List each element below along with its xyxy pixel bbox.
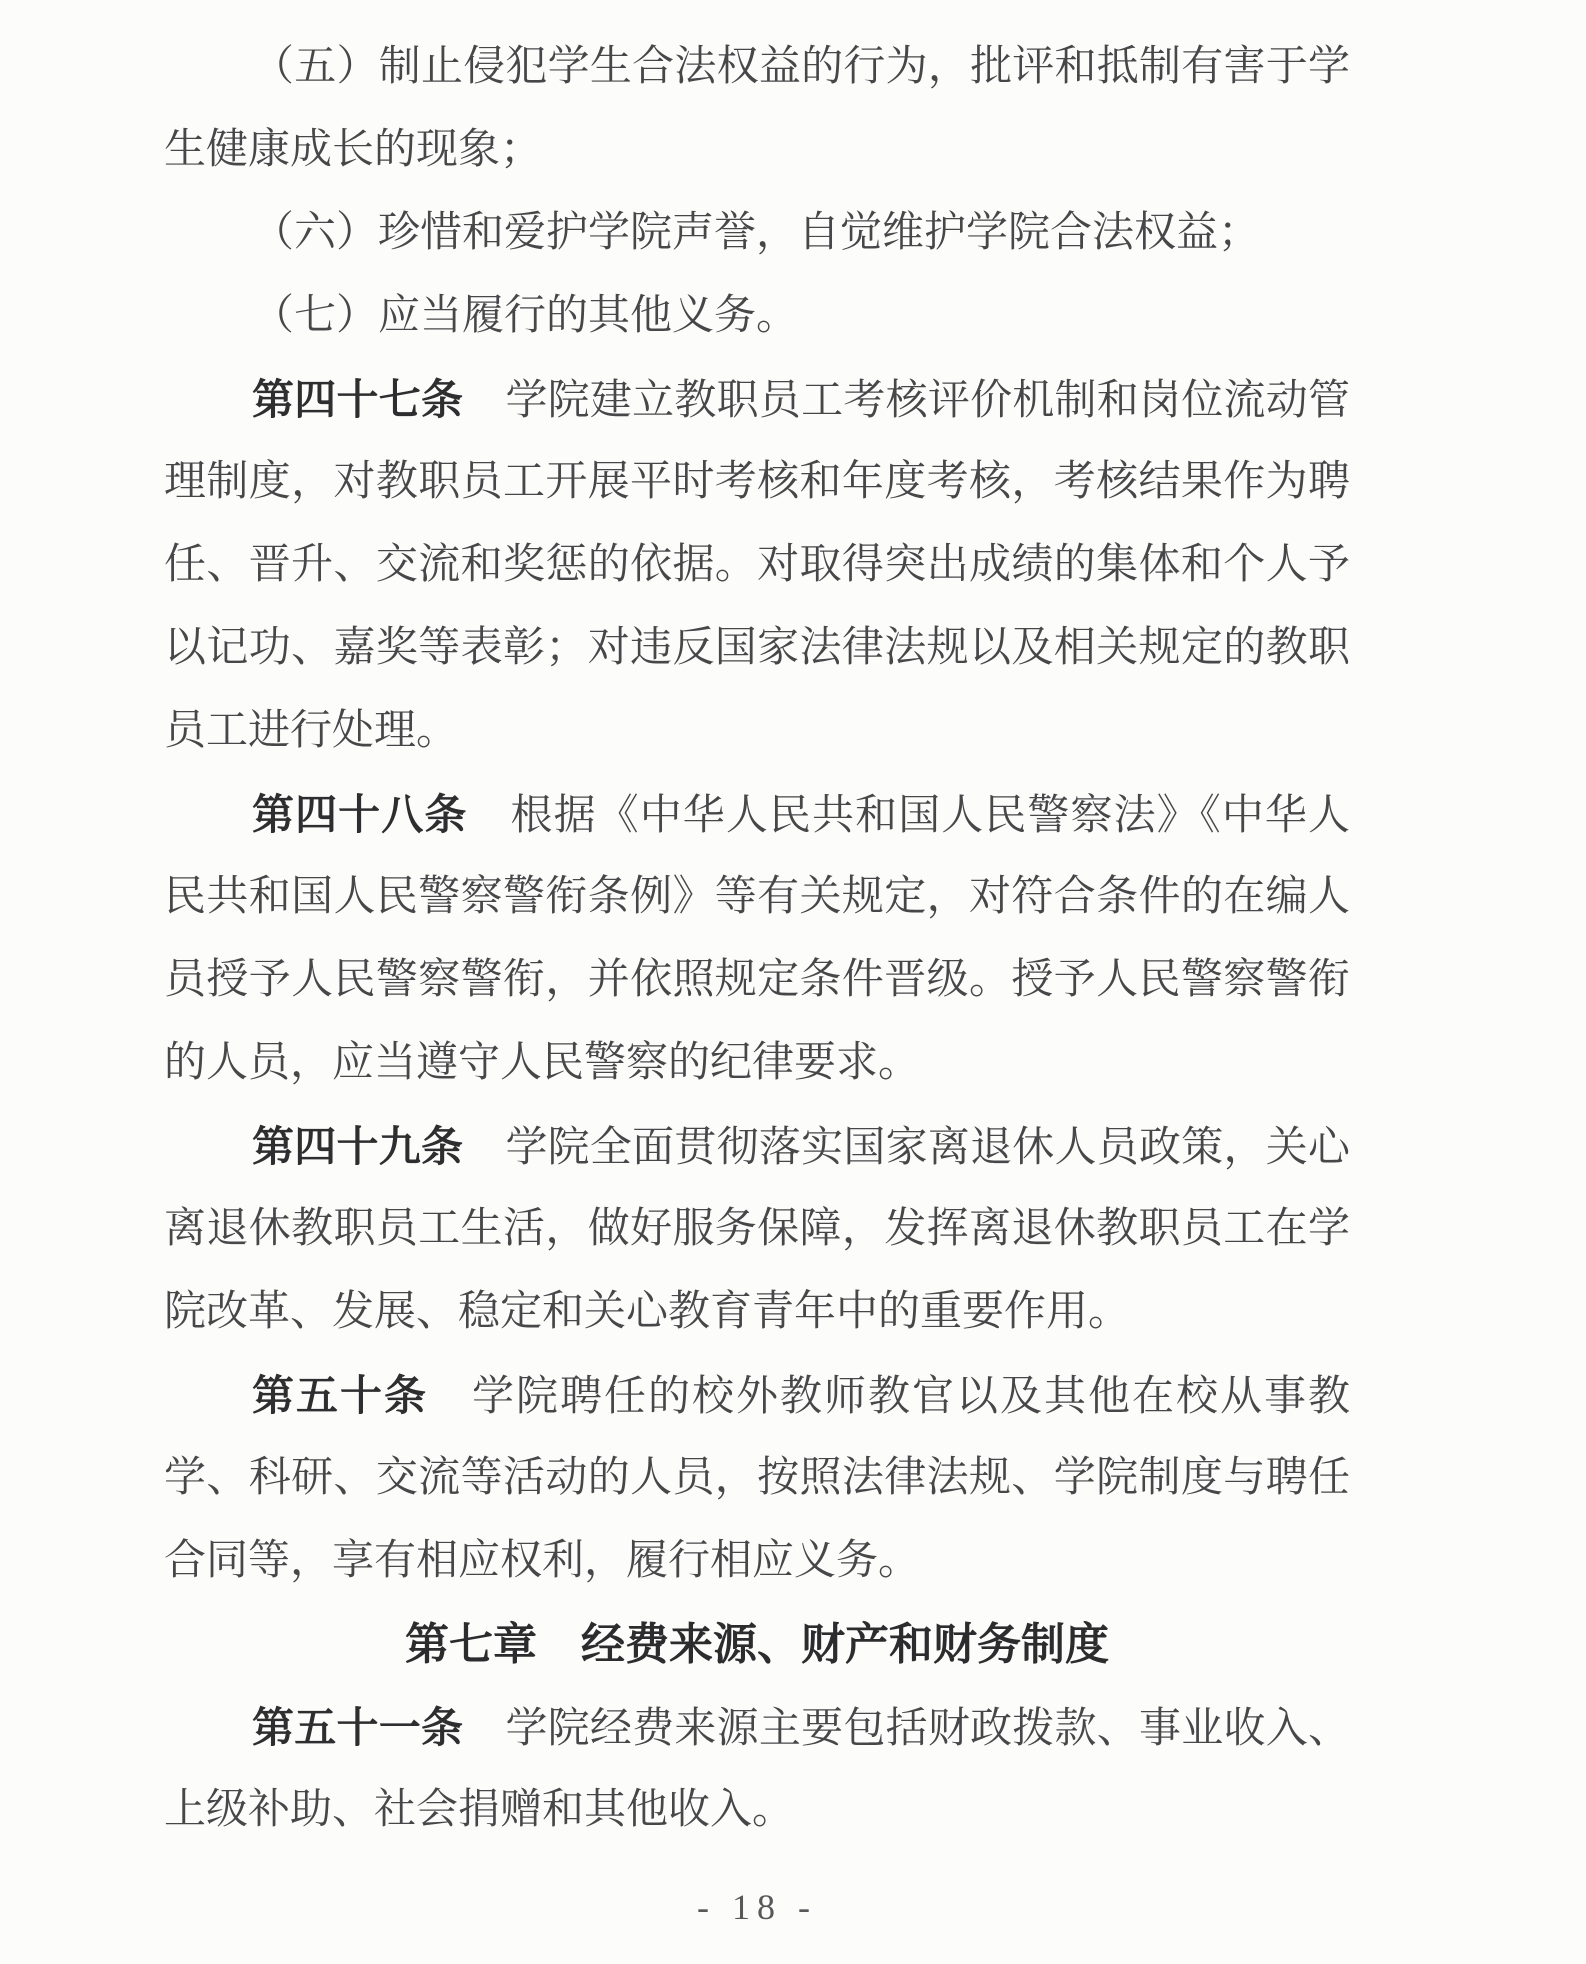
text-line: 第五十一条学院经费来源主要包括财政拨款、事业收入、 xyxy=(164,1686,1350,1769)
line-text: 院改革、发展、稳定和关心教育青年中的重要作用。 xyxy=(164,1289,1130,1335)
text-line: 学、科研、交流等活动的人员，按照法律法规、学院制度与聘任 xyxy=(164,1437,1350,1520)
line-text: 的人员，应当遵守人民警察的纪律要求。 xyxy=(164,1040,920,1086)
line-text: 以记功、嘉奖等表彰；对违反国家法律法规以及相关规定的教职 xyxy=(164,625,1350,671)
document-page: （五）制止侵犯学生合法权益的行为，批评和抵制有害于学生健康成长的现象；（六）珍惜… xyxy=(0,0,1586,1964)
line-text: 员授予人民警察警衔，并依照规定条件晋级。授予人民警察警衔 xyxy=(164,957,1350,1003)
article-number: 第五十一条 xyxy=(252,1704,463,1751)
line-text: （五）制止侵犯学生合法权益的行为，批评和抵制有害于学 xyxy=(252,44,1350,90)
text-line: （五）制止侵犯学生合法权益的行为，批评和抵制有害于学 xyxy=(164,26,1350,109)
line-text: 任、晋升、交流和奖惩的依据。对取得突出成绩的集体和个人予 xyxy=(164,542,1350,588)
text-line: 生健康成长的现象； xyxy=(164,109,1350,192)
article-number: 第四十七条 xyxy=(252,376,463,423)
article-number: 第四十九条 xyxy=(252,1123,463,1170)
line-text: 根据《中华人民共和国人民警察法》《中华人 xyxy=(509,793,1350,839)
line-text: 学院全面贯彻落实国家离退休人员政策，关心 xyxy=(505,1125,1350,1171)
text-line: 第四十八条根据《中华人民共和国人民警察法》《中华人 xyxy=(164,773,1350,856)
line-text: 理制度，对教职员工开展平时考核和年度考核，考核结果作为聘 xyxy=(164,459,1350,505)
text-line: 上级补助、社会捐赠和其他收入。 xyxy=(164,1769,1350,1852)
line-text: 学院聘任的校外教师教官以及其他在校从事教 xyxy=(470,1374,1350,1420)
line-text: （六）珍惜和爱护学院声誉，自觉维护学院合法权益； xyxy=(252,210,1260,256)
line-text: 民共和国人民警察警衔条例》等有关规定，对符合条件的在编人 xyxy=(164,874,1350,920)
page-number: - 18 - xyxy=(164,1886,1350,1928)
text-line: 员工进行处理。 xyxy=(164,690,1350,773)
line-text: 员工进行处理。 xyxy=(164,708,458,754)
line-text: （七）应当履行的其他义务。 xyxy=(252,293,798,339)
text-block: （五）制止侵犯学生合法权益的行为，批评和抵制有害于学生健康成长的现象；（六）珍惜… xyxy=(164,26,1350,1852)
text-line: 第四十九条学院全面贯彻落实国家离退休人员政策，关心 xyxy=(164,1105,1350,1188)
line-text: 生健康成长的现象； xyxy=(164,127,542,173)
text-line: 民共和国人民警察警衔条例》等有关规定，对符合条件的在编人 xyxy=(164,856,1350,939)
text-line: 院改革、发展、稳定和关心教育青年中的重要作用。 xyxy=(164,1271,1350,1354)
article-number: 第四十八条 xyxy=(252,791,467,838)
text-line: 理制度，对教职员工开展平时考核和年度考核，考核结果作为聘 xyxy=(164,441,1350,524)
line-text: 学、科研、交流等活动的人员，按照法律法规、学院制度与聘任 xyxy=(164,1455,1350,1501)
text-line: （六）珍惜和爱护学院声誉，自觉维护学院合法权益； xyxy=(164,192,1350,275)
line-text: 学院建立教职员工考核评价机制和岗位流动管 xyxy=(505,378,1350,424)
line-text: 离退休教职员工生活，做好服务保障，发挥离退休教职员工在学 xyxy=(164,1206,1350,1252)
text-line: 第四十七条学院建立教职员工考核评价机制和岗位流动管 xyxy=(164,358,1350,441)
text-line: 以记功、嘉奖等表彰；对违反国家法律法规以及相关规定的教职 xyxy=(164,607,1350,690)
article-number: 第五十条 xyxy=(252,1372,428,1419)
line-text: 学院经费来源主要包括财政拨款、事业收入、 xyxy=(505,1706,1350,1752)
text-line: 合同等，享有相应权利，履行相应义务。 xyxy=(164,1520,1350,1603)
text-line: 任、晋升、交流和奖惩的依据。对取得突出成绩的集体和个人予 xyxy=(164,524,1350,607)
line-text: 合同等，享有相应权利，履行相应义务。 xyxy=(164,1538,920,1584)
text-line: 离退休教职员工生活，做好服务保障，发挥离退休教职员工在学 xyxy=(164,1188,1350,1271)
chapter-heading: 第七章 经费来源、财产和财务制度 xyxy=(164,1603,1350,1686)
line-text: 上级补助、社会捐赠和其他收入。 xyxy=(164,1787,794,1833)
text-line: 第五十条学院聘任的校外教师教官以及其他在校从事教 xyxy=(164,1354,1350,1437)
line-text: 第七章 经费来源、财产和财务制度 xyxy=(405,1620,1109,1669)
text-line: （七）应当履行的其他义务。 xyxy=(164,275,1350,358)
text-line: 员授予人民警察警衔，并依照规定条件晋级。授予人民警察警衔 xyxy=(164,939,1350,1022)
text-line: 的人员，应当遵守人民警察的纪律要求。 xyxy=(164,1022,1350,1105)
